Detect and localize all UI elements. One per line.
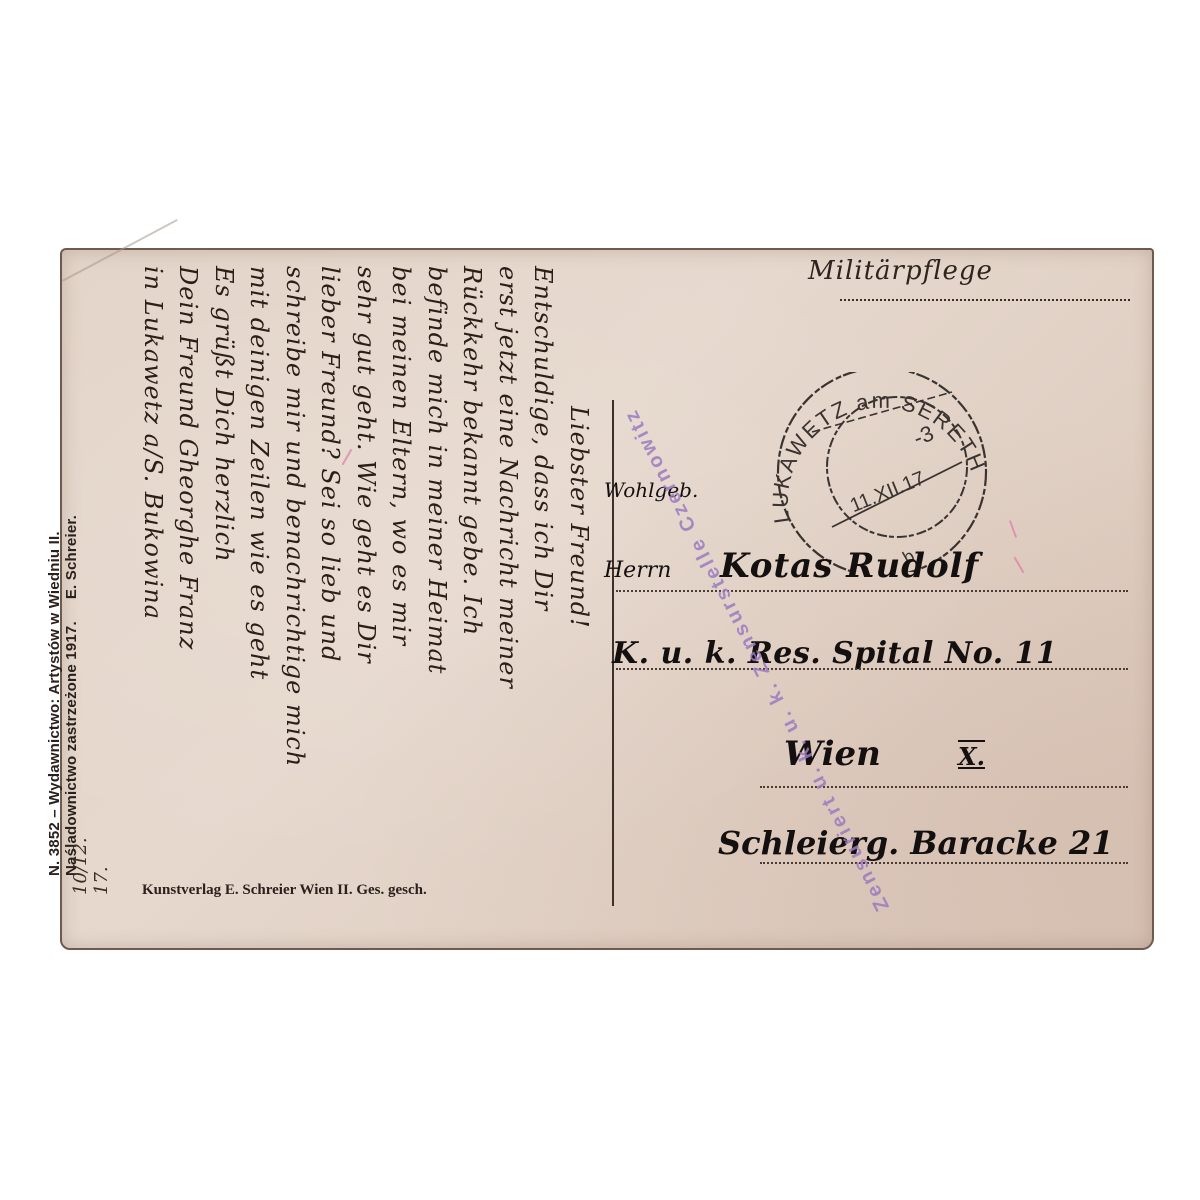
recipient-street: Schleierg. Baracke 21 <box>718 824 1113 862</box>
message-line: mit deinigen Zeilen wie es geht <box>241 266 277 926</box>
imprint-line-2: Naśladownictwo zastrzeżone 1917.E. Schre… <box>63 316 80 876</box>
message-line: sehr gut geht. Wie geht es Dir <box>348 266 384 926</box>
postmark-date: 11.XII.17 <box>847 467 928 517</box>
message-line: bei meinen Eltern, wo es mir <box>383 266 419 926</box>
address-title: Herrn <box>604 558 671 583</box>
recipient-district: X. <box>958 742 985 771</box>
message-line: in Lukawetz a/S. Bukowina <box>135 266 171 926</box>
imprint-publisher-pl: – Wydawnictwo: Artystów w Wiedniu II. <box>46 531 63 817</box>
imprint-publisher-name: E. Schreier. <box>63 515 80 599</box>
header-label: Militärpflege <box>808 256 993 286</box>
publisher-imprint: N. 3852 – Wydawnictwo: Artystów w Wiedni… <box>46 316 126 876</box>
address-line-2 <box>616 668 1128 670</box>
message-line: Rückkehr bekannt gebe. Ich <box>454 266 490 926</box>
message-line: befinde mich in meiner Heimat <box>419 266 455 926</box>
message-line: schreibe mir und benachrichtige mich <box>277 266 313 926</box>
message-line: Dein Freund Gheorghe Franz <box>170 266 206 926</box>
address-line-4 <box>760 862 1128 864</box>
imprint-line-1: N. 3852 – Wydawnictwo: Artystów w Wiedni… <box>46 316 63 876</box>
handwritten-date: 10/12. 17. <box>70 825 112 895</box>
message-line: lieber Freund? Sei so lieb und <box>312 266 348 926</box>
header-underline <box>840 295 1130 301</box>
message-line: Es grüßt Dich herzlich <box>206 266 242 926</box>
imprint-number: N. 3852 <box>46 822 63 876</box>
recipient-institution: K. u. k. Res. Spital No. 11 <box>612 636 1057 671</box>
recipient-name: Kotas Rudolf <box>720 546 979 586</box>
postmark-cancellation: LUKAWETZ am SERETH 11.XII.17 -3 b <box>752 372 992 572</box>
handwritten-message: Liebster Freund!Entschuldige, dass ich D… <box>126 266 596 926</box>
address-line-1 <box>616 590 1128 592</box>
message-line: erst jetzt eine Nachricht meiner <box>490 266 526 926</box>
message-line: Liebster Freund! <box>561 266 597 926</box>
message-line: Entschuldige, dass ich Dir <box>525 266 561 926</box>
